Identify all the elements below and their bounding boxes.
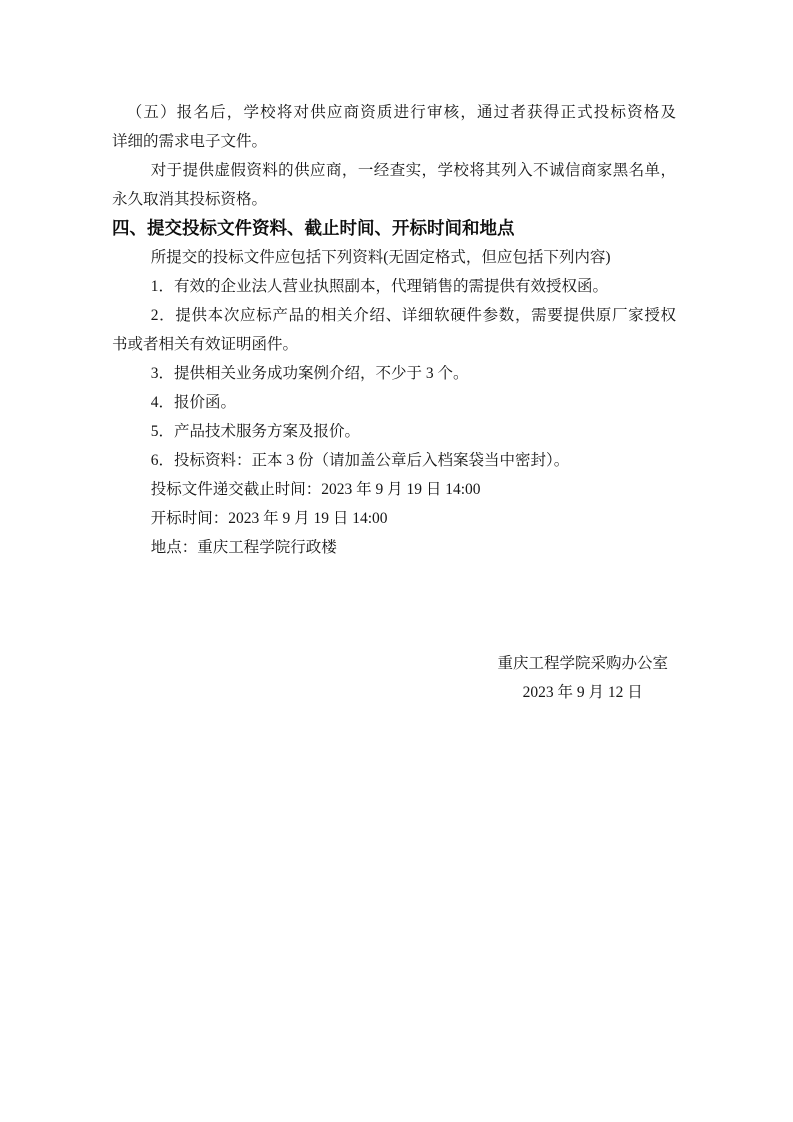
list-item-2-continuation: 书或者相关有效证明函件。: [112, 330, 676, 359]
list-item-1: 1．有效的企业法人营业执照副本，代理销售的需提供有效授权函。: [112, 272, 676, 301]
document-body: （五）报名后，学校将对供应商资质进行审核，通过者获得正式投标资格及 详细的需求电…: [112, 98, 676, 707]
signature-date: 2023 年 9 月 12 日: [497, 678, 668, 707]
paragraph-line: 对于提供虚假资料的供应商，一经查实，学校将其列入不诚信商家黑名单，: [112, 156, 676, 185]
list-item-6: 6．投标资料：正本 3 份（请加盖公章后入档案袋当中密封）。: [112, 446, 676, 475]
list-item-2: 2．提供本次应标产品的相关介绍、详细软硬件参数，需要提供原厂家授权: [112, 301, 676, 330]
document-page: （五）报名后，学校将对供应商资质进行审核，通过者获得正式投标资格及 详细的需求电…: [0, 0, 793, 1122]
list-item-4: 4．报价函。: [112, 388, 676, 417]
submission-deadline-line: 投标文件递交截止时间：2023 年 9 月 19 日 14:00: [112, 475, 676, 504]
signature-org: 重庆工程学院采购办公室: [497, 649, 668, 678]
bid-opening-time-line: 开标时间：2023 年 9 月 19 日 14:00: [112, 504, 676, 533]
list-item-3: 3．提供相关业务成功案例介绍，不少于 3 个。: [112, 359, 676, 388]
paragraph-line: 所提交的投标文件应包括下列资料(无固定格式，但应包括下列内容): [112, 243, 676, 272]
paragraph-line: （五）报名后，学校将对供应商资质进行审核，通过者获得正式投标资格及: [112, 98, 676, 127]
paragraph-line: 永久取消其投标资格。: [112, 185, 676, 214]
location-line: 地点：重庆工程学院行政楼: [112, 533, 676, 562]
signature-area: 重庆工程学院采购办公室 2023 年 9 月 12 日: [112, 649, 676, 707]
section-heading-4: 四、提交投标文件资料、截止时间、开标时间和地点: [112, 214, 676, 243]
paragraph-line: 详细的需求电子文件。: [112, 127, 676, 156]
list-item-5: 5．产品技术服务方案及报价。: [112, 417, 676, 446]
signature-block: 重庆工程学院采购办公室 2023 年 9 月 12 日: [497, 649, 668, 707]
